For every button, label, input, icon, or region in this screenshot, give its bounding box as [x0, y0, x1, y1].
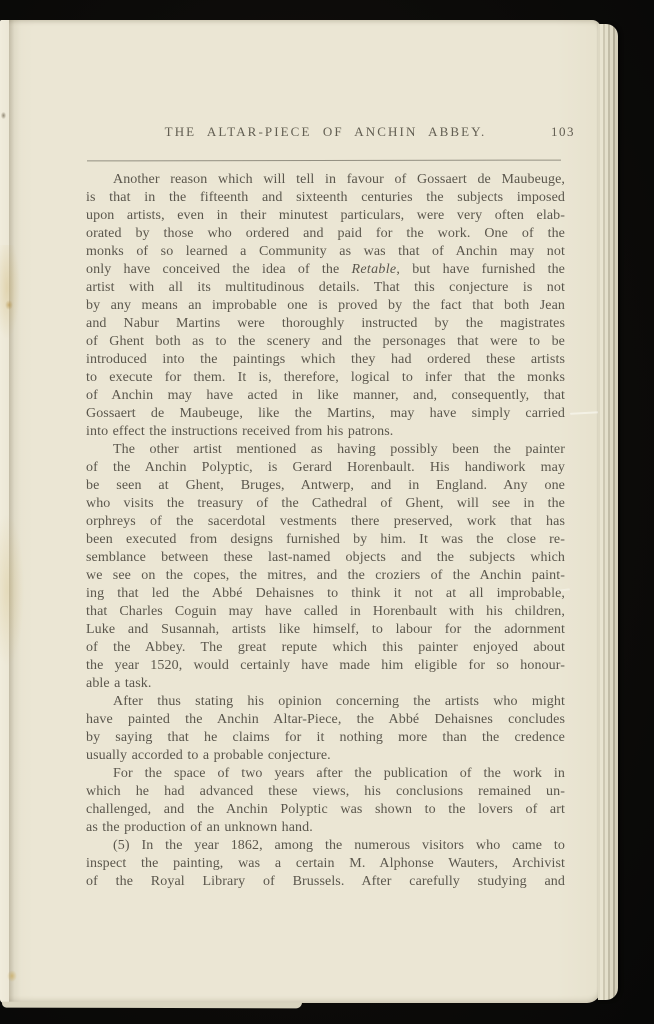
text-line: (5) In the year 1862, among the numerous… [86, 837, 565, 855]
header-rule [87, 160, 561, 162]
text-line: the year 1520, would certainly have made… [86, 657, 565, 675]
text-line: we see on the copes, the mitres, and the… [86, 567, 565, 585]
text-line: of the Royal Library of Brussels. After … [86, 873, 565, 891]
running-head: THE ALTAR-PIECE OF ANCHIN ABBEY. 103 [86, 124, 565, 142]
page-body: Another reason which will tell in favour… [86, 171, 565, 891]
page-left-edge [0, 20, 9, 1003]
text-line: by saying that he claims for it nothing … [86, 729, 565, 747]
text-line: is that in the fifteenth and sixteenth c… [86, 189, 565, 207]
text-line: The other artist mentioned as having pos… [86, 441, 565, 459]
chapter-title: THE ALTAR-PIECE OF ANCHIN ABBEY. [165, 124, 487, 139]
page-edges-stack [598, 24, 618, 1000]
paragraph: After thus stating his opinion concernin… [86, 693, 565, 765]
scratch-mark [570, 411, 600, 415]
text-line: of the Abbey. The great repute which thi… [86, 639, 565, 657]
text-line: and Nabur Martins were thoroughly instru… [86, 315, 565, 333]
text-line: of Anchin may have acted in like manner,… [86, 387, 565, 405]
paragraph: For the space of two years after the pub… [86, 765, 565, 837]
text-line: Luke and Susannah, artists like himself,… [86, 621, 565, 639]
text-line: ing that led the Abbé Dehaisnes to think… [86, 585, 565, 603]
text-line: Gossaert de Maubeuge, like the Martins, … [86, 405, 565, 423]
book-page: THE ALTAR-PIECE OF ANCHIN ABBEY. 103 Ano… [0, 20, 601, 1003]
text-line: upon artists, even in their minutest par… [86, 207, 565, 225]
text-line: who visits the treasury of the Cathedral… [86, 495, 565, 513]
paragraph: (5) In the year 1862, among the numerous… [86, 837, 565, 891]
text-line: of the Anchin Polyptic, is Gerard Horenb… [86, 459, 565, 477]
text-line: only have conceived the idea of the Reta… [86, 261, 565, 279]
text-line: as the production of an unknown hand. [86, 819, 565, 837]
text-line: by any means an improbable one is proved… [86, 297, 565, 315]
text-line: challenged, and the Anchin Polyptic was … [86, 801, 565, 819]
text-line: have painted the Anchin Altar-Piece, the… [86, 711, 565, 729]
text-line: orphreys of the sacerdotal vestments the… [86, 513, 565, 531]
text-line: usually accorded to a probable conjectur… [86, 747, 565, 765]
text-line: After thus stating his opinion concernin… [86, 693, 565, 711]
gutter-crease [9, 20, 21, 1003]
text-line: to execute for them. It is, therefore, l… [86, 369, 565, 387]
paragraph: The other artist mentioned as having pos… [86, 441, 565, 693]
text-line: For the space of two years after the pub… [86, 765, 565, 783]
text-line: into effect the instructions received fr… [86, 423, 565, 441]
text-line: been executed from designs furnished by … [86, 531, 565, 549]
book-photo: THE ALTAR-PIECE OF ANCHIN ABBEY. 103 Ano… [0, 0, 654, 1024]
text-line: able a task. [86, 675, 565, 693]
text-line: which he had advanced these views, his c… [86, 783, 565, 801]
text-line: artist with all its multitudinous detail… [86, 279, 565, 297]
page-number: 103 [551, 124, 575, 140]
text-line: monks of so learned a Community as was t… [86, 243, 565, 261]
text-line: inspect the painting, was a certain M. A… [86, 855, 565, 873]
text-line: introduced into the paintings which they… [86, 351, 565, 369]
under-page-edge [2, 1002, 302, 1009]
text-line: be seen at Ghent, Bruges, Antwerp, and i… [86, 477, 565, 495]
text-line: Another reason which will tell in favour… [86, 171, 565, 189]
text-line: that Charles Coguin may have called in H… [86, 603, 565, 621]
paragraph: Another reason which will tell in favour… [86, 171, 565, 441]
text-line: semblance between these last-named objec… [86, 549, 565, 567]
text-line: orated by those who ordered and paid for… [86, 225, 565, 243]
text-line: of Ghent both as to the scenery and the … [86, 333, 565, 351]
